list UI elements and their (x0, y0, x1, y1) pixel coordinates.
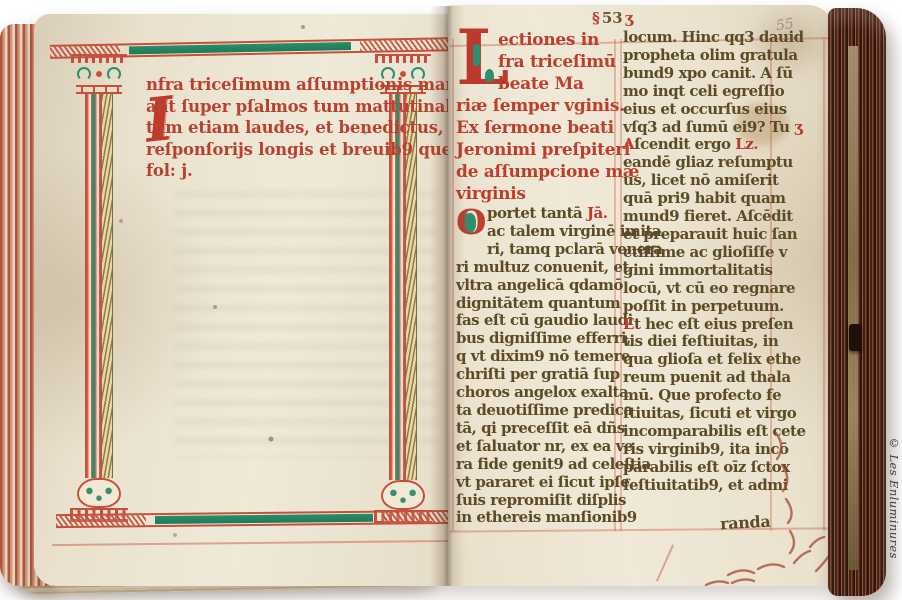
text-segment: beate Ma (498, 74, 584, 94)
text-segment: t hec eſt eius preſen (634, 315, 793, 333)
text-segment: dignitātem quantum (456, 294, 620, 312)
text-line: reum puenit ad thala (623, 369, 775, 387)
text-column-left: L ectiones infra triceſimūbeate Mariæ ſe… (456, 29, 616, 527)
bar-green-segment (129, 42, 351, 54)
text-segment: A (623, 135, 634, 153)
text-line: poſſit in perpetuum. (623, 298, 775, 316)
text-segment: bus digniſſime efferri, (456, 329, 631, 347)
right-page: §53ʒ 55 L ectiones infra triceſimūbeate … (448, 5, 834, 586)
text-line: mo inqt celi egreſſio (623, 83, 775, 101)
text-line: vſq3 ad ſumū ei9? Tu ʒ (623, 119, 775, 137)
text-segment: portet tantā (487, 204, 587, 222)
text-line: ta deuotiſſime predica (456, 402, 616, 420)
text-segment: tā, qi preceſſit eā dñs (456, 419, 625, 437)
text-segment: ectiones in (498, 30, 599, 50)
text-line: us, licet nō amiſerit (623, 172, 775, 190)
text-segment: ſuis repromiſit diſplis (456, 491, 626, 509)
text-line: fol: j. (146, 160, 448, 182)
foxing-spots (34, 14, 36, 16)
text-segment: Lz. (735, 135, 758, 153)
ink-scratch (656, 544, 674, 581)
left-page-rubric: I nfra triceſimum aſſumptionis mariæañt … (146, 74, 438, 214)
initial-l: L (456, 29, 498, 93)
text-line: dignitātem quantum (456, 295, 616, 313)
text-line: tā, qi preceſſit eā dñs (456, 420, 616, 438)
text-segment: de aſſumpcione mæ (456, 162, 639, 182)
ruling-line (452, 39, 454, 531)
column-base-vase (77, 478, 121, 508)
text-line: locum. Hinc qq3 dauid (623, 29, 775, 47)
manuscript-photo: I nfra triceſimum aſſumptionis mariæañt … (0, 0, 902, 600)
text-segment: mo inqt celi egreſſio (623, 82, 784, 100)
text-segment: chriſti per gratiā ſup (456, 365, 620, 383)
body-text: portet tantā Jā.ac talem virginē imitari… (456, 205, 616, 527)
bar-hatch-segment (360, 39, 448, 51)
text-line: et preparauit huic ſan (623, 226, 775, 244)
frame-bottom-bar (56, 510, 448, 528)
right-page-block-edges (828, 8, 886, 596)
shaft-red-fluting (85, 94, 92, 478)
text-segment: reum puenit ad thala (623, 368, 791, 386)
text-segment: fra triceſimū (498, 52, 616, 72)
text-segment: vſq3 ad ſumū ei9? Tu (623, 118, 794, 136)
shaft-olive-hatching (102, 94, 113, 478)
text-segment: bund9 xpo canit. A ſū (623, 64, 793, 82)
text-segment: gini immortalitatis (623, 261, 773, 279)
text-line: q vt dixim9 nō temere (456, 348, 616, 366)
text-line: et ſaluator nr, ex ea ve (456, 438, 616, 456)
column-collar (76, 85, 122, 94)
text-segment: nfra triceſimum aſſumptionis mariæ (146, 75, 448, 94)
text-segment: vt pararet ei ſicut ipſe (456, 473, 629, 491)
text-line: eius et occurſus eius (623, 101, 775, 119)
ruling-line (52, 540, 448, 546)
text-segment: eius et occurſus eius (623, 100, 787, 118)
text-segment: mund9 fieret. Aſcēdit (623, 207, 793, 225)
column-shaft (70, 94, 128, 478)
text-segment: tis diei feſtiuitas, in (623, 332, 778, 350)
folio-flourish-right: ʒ (625, 9, 634, 27)
text-segment: choros angelox exalta (456, 383, 628, 401)
bar-gap (351, 41, 360, 51)
volute-scroll (77, 67, 91, 81)
text-segment: tum etiam laudes, et benedictus, cū (146, 118, 448, 137)
folio-digits: 53 (600, 9, 625, 27)
text-line: bund9 xpo canit. A ſū (623, 65, 775, 83)
bar-hatch-segment (56, 515, 146, 526)
text-segment: mū. Que profecto fe (623, 386, 781, 404)
text-segment: ʒ (794, 118, 802, 136)
bar-hatch-segment (382, 512, 448, 523)
text-line: ri, tamq pclarā venera (456, 241, 616, 259)
bar-gap (373, 513, 382, 523)
text-line: ra fide genit9 ad celeſtia (456, 456, 616, 474)
text-segment: in ethereis manſionib9 (456, 508, 637, 526)
text-line: Jeronimi preſpiteri (456, 139, 616, 161)
text-line: Aſcendit ergo Lz. (623, 136, 775, 154)
text-line: gini immortalitatis (623, 262, 775, 280)
text-segment: ctiſſime ac glioſiſſe v (623, 243, 787, 261)
text-segment: ta deuotiſſime predica (456, 401, 633, 419)
left-page: I nfra triceſimum aſſumptionis mariæañt … (34, 14, 448, 586)
initial-o: O (456, 205, 484, 241)
column-base-vase (381, 480, 425, 510)
text-line: vltra angelicā qdamō (456, 277, 616, 295)
text-line: Ex ſermone beati (456, 117, 616, 139)
text-line: Et hec eſt eius preſen (623, 316, 775, 334)
text-line: locū, vt cū eo regnare (623, 280, 775, 298)
column-capital-volutes (70, 63, 128, 85)
text-segment: Ex ſermone beati (456, 118, 614, 138)
text-segment: fol: j. (146, 161, 193, 180)
text-segment: fas eſt cū gaudio laudi (456, 311, 633, 329)
capital-dot (96, 71, 102, 77)
text-line: nfra triceſimum aſſumptionis mariæ (146, 74, 448, 96)
text-line: vt pararet ei ſicut ipſe (456, 474, 616, 492)
text-line: bus digniſſime efferri, (456, 330, 616, 348)
bar-green-segment (155, 514, 373, 524)
text-line: propheta olim gratula (623, 47, 775, 65)
text-segment: Jeronimi preſpiteri (456, 140, 630, 160)
text-segment: us, licet nō amiſerit (623, 171, 778, 189)
text-segment: ri multuz conuenit, et (456, 258, 629, 276)
column-capital-abacus (375, 54, 431, 63)
text-line: ctiſſime ac glioſiſſe v (623, 244, 775, 262)
text-segment: E (623, 315, 634, 333)
text-line: tis diei feſtiuitas, in (623, 333, 775, 351)
text-segment: virginis (456, 184, 526, 204)
text-segment: poſſit in perpetuum. (623, 297, 784, 315)
rubric-lines: nfra triceſimum aſſumptionis mariæañt ſu… (146, 74, 448, 182)
bar-gap (146, 515, 155, 525)
text-segment: propheta olim gratula (623, 46, 798, 64)
text-segment: ſcendit ergo (634, 135, 735, 153)
text-segment: et ſaluator nr, ex ea ve (456, 437, 633, 455)
text-line: eandē gliaz reſumptu (623, 154, 775, 172)
text-line: ſtiuitas, ſicuti et virgo (623, 405, 775, 423)
column-capital-abacus (71, 54, 127, 63)
text-segment: eandē gliaz reſumptu (623, 153, 793, 171)
initial-l-letter: L (456, 13, 509, 102)
initial-o-letter: O (456, 202, 487, 243)
text-line: de aſſumpcione mæ (456, 161, 616, 183)
text-segment: quā pri9 habit quam (623, 189, 786, 207)
text-line: reſponſorijs longis et breuib9 quere (146, 139, 448, 161)
text-segment: qua glioſa et felix ethe (623, 350, 801, 368)
text-segment: añt ſuper pſalmos tum mattutinales, (146, 97, 448, 116)
text-line: ſuis repromiſit diſplis (456, 492, 616, 510)
text-line: mū. Que profecto fe (623, 387, 775, 405)
text-line: choros angelox exalta (456, 384, 616, 402)
pen-trial-squiggles (698, 425, 830, 586)
text-segment: locū, vt cū eo regnare (623, 279, 795, 297)
frame-column-left (70, 54, 128, 522)
text-segment: et preparauit huic ſan (623, 225, 797, 243)
text-line: ri multuz conuenit, et (456, 259, 616, 277)
text-segment: vltra angelicā qdamō (456, 276, 623, 294)
text-line: in ethereis manſionib9 (456, 509, 616, 527)
text-segment: reſponſorijs longis et breuib9 quere (146, 140, 448, 159)
shaft-red-fluting (95, 94, 102, 478)
text-segment: ſtiuitas, ſicuti et virgo (623, 404, 796, 422)
text-line: tum etiam laudes, et benedictus, cū (146, 117, 448, 139)
initial-ornament (473, 44, 480, 66)
book-clasp (849, 324, 862, 351)
fore-edge-highlight (848, 46, 858, 570)
text-line: fas eſt cū gaudio laudi (456, 312, 616, 330)
initial-ornament (485, 69, 494, 82)
volute-scroll (107, 67, 121, 81)
text-line: añt ſuper pſalmos tum mattutinales, (146, 96, 448, 118)
text-line: mund9 fieret. Aſcēdit (623, 208, 775, 226)
text-segment: ra fide genit9 ad celeſtia (456, 455, 651, 473)
text-segment: q vt dixim9 nō temere (456, 347, 630, 365)
text-segment: Jā. (587, 204, 608, 222)
folio-flourish-left: § (592, 9, 600, 27)
text-line: qua glioſa et felix ethe (623, 351, 775, 369)
text-line: chriſti per gratiā ſup (456, 366, 616, 384)
text-line: quā pri9 habit quam (623, 190, 775, 208)
text-segment: locum. Hinc qq3 dauid (623, 28, 804, 46)
